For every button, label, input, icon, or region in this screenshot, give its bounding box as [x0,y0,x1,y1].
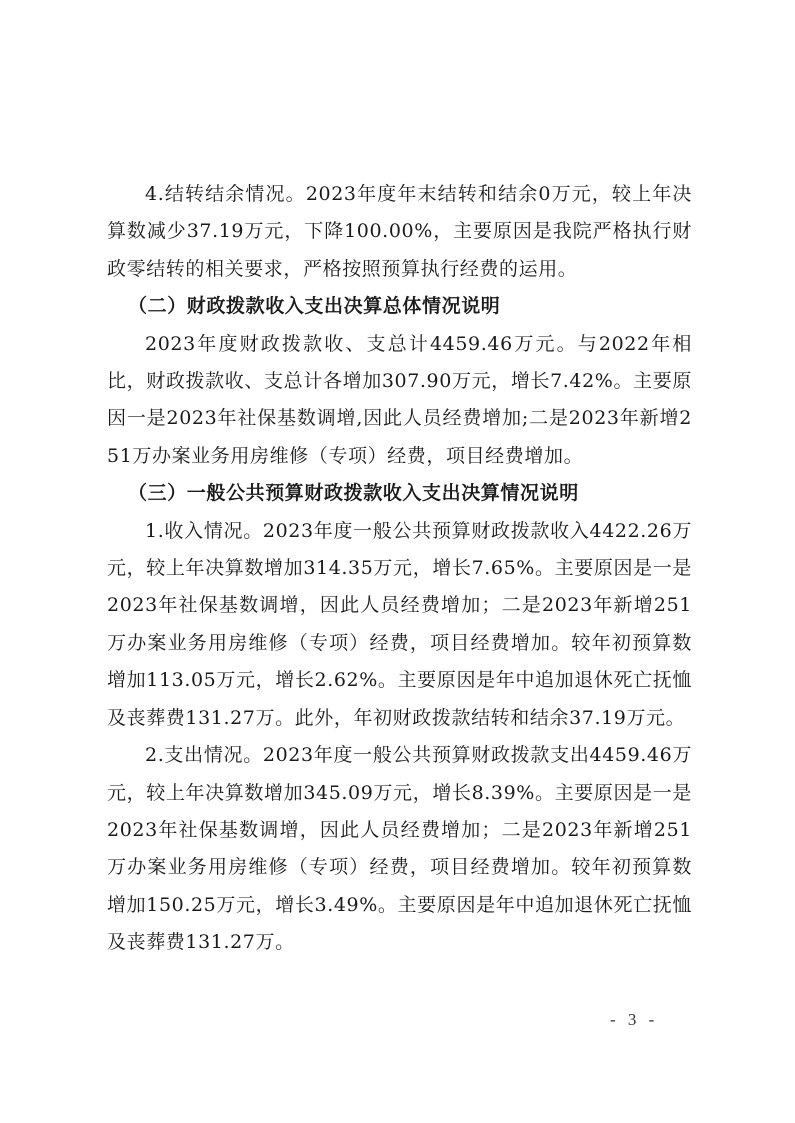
paragraph-fiscal-total: 2023年度财政拨款收、支总计4459.46万元。与2022年相比，财政拨款收、… [107,326,692,476]
document-page: 4.结转结余情况。2023年度年末结转和结余0万元，较上年决算数减少37.19万… [107,176,692,962]
paragraph-carryover-balance: 4.结转结余情况。2023年度年末结转和结余0万元，较上年决算数减少37.19万… [107,176,692,288]
paragraph-income: 1.收入情况。2023年度一般公共预算财政拨款收入4422.26万元，较上年决算… [107,513,692,737]
page-number: - 3 - [610,1010,658,1030]
section-heading-general-budget: （三）一般公共预算财政拨款收入支出决算情况说明 [107,475,692,512]
section-heading-fiscal-total: （二）财政拨款收入支出决算总体情况说明 [107,288,692,325]
paragraph-expenditure: 2.支出情况。2023年度一般公共预算财政拨款支出4459.46万元，较上年决算… [107,737,692,961]
